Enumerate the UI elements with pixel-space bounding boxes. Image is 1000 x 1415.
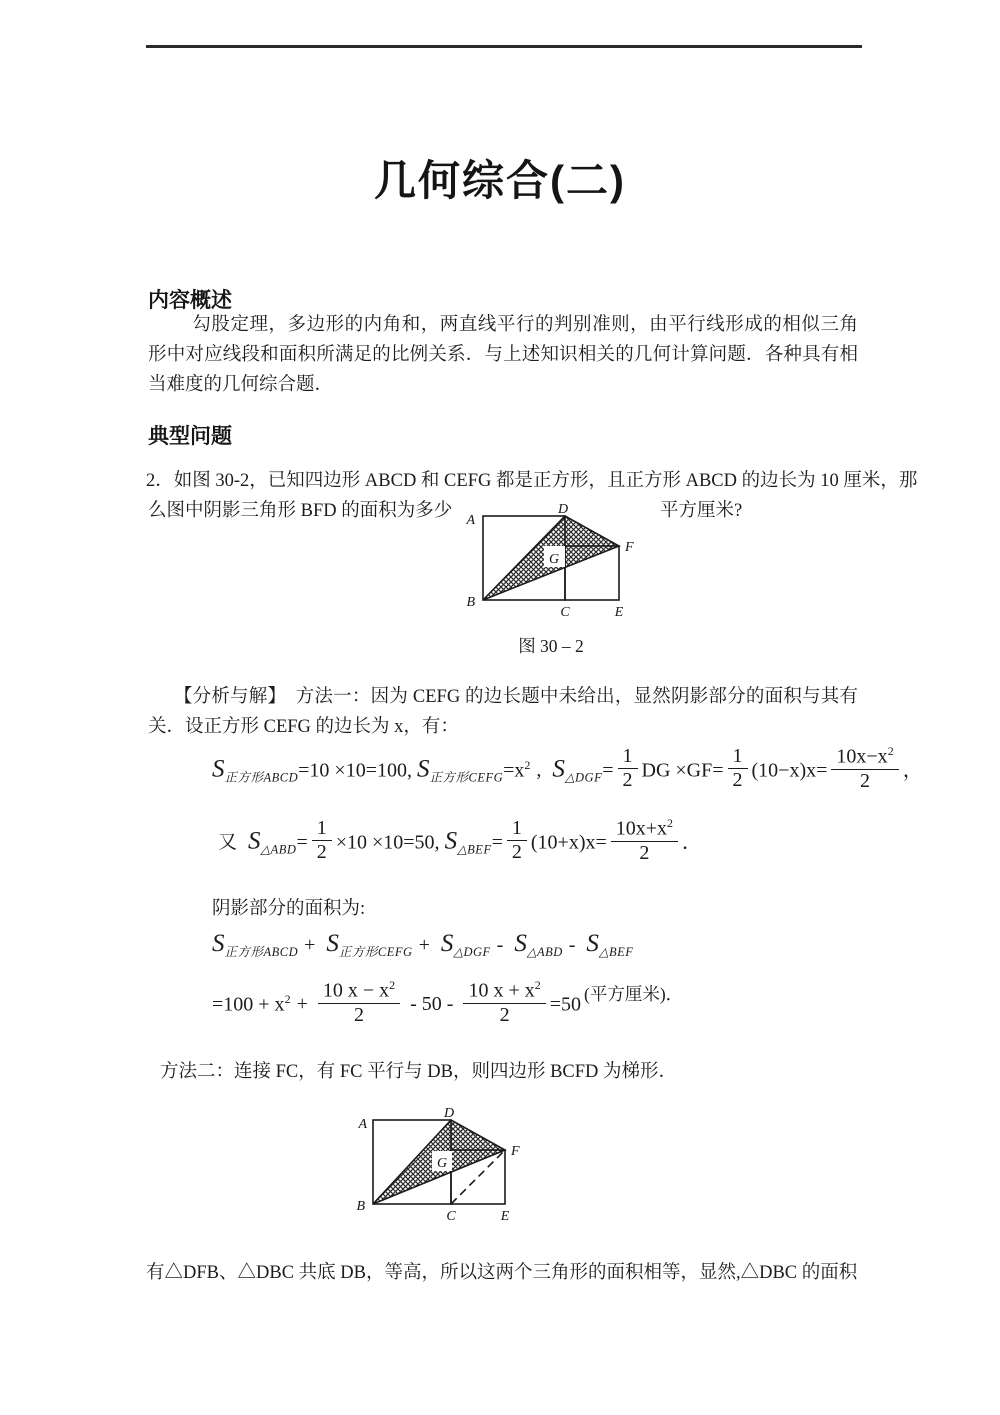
top-rule [146,45,862,48]
fraction-10x-minus-x2: 10x−x22 [831,745,898,793]
math-term: = [602,759,613,781]
math-subscript: △ABD [527,945,563,959]
math-term: ， [903,759,923,781]
method2-text: 方法二：连接 FC，有 FC 平行与 DB，则四边形 BCFD 为梯形． [160,1057,677,1087]
typical-problems-heading: 典型问题 [148,420,232,450]
math-subscript: △BEF [599,945,634,959]
page-title: 几何综合(二) [0,148,1000,208]
overview-paragraph: 勾股定理，多边形的内角和，两直线平行的判别准则，由平行线形成的相似三角形中对应线… [148,310,858,400]
fraction-10x-plus-x2: 10x+x22 [611,817,678,865]
math-term: , [536,759,541,781]
math-operator: - [569,934,576,956]
math-term: =100 + x [212,993,285,1015]
formula-line-2: 又 S△ABD=12×10 ×10=50, S△BEF=12(10+x)x=10… [212,820,702,868]
math-term: (10−x)x= [752,759,828,781]
fig1-label-c: C [560,605,570,620]
math-subscript: △DGF [453,945,490,959]
fig1-label-e: E [614,605,624,620]
math-operator: + [304,934,315,956]
math-term: DG ×GF= [642,759,724,781]
fig2-label-f: F [510,1144,520,1159]
math-term: = [296,831,307,853]
s-symbol: S [248,827,261,854]
math-term: (10+x)x= [531,831,607,853]
formula-line-4: =100 + x2+10 x − x22- 50 -10 x + x22=50(… [212,982,683,1030]
math-superscript: 2 [524,758,530,772]
fig2-label-e: E [500,1209,510,1224]
s-symbol: S [552,755,565,782]
fraction-10x-minus-x2: 10 x − x22 [318,979,400,1027]
math-subscript: 正方形ABCD [225,770,299,784]
s-symbol: S [212,755,225,782]
fig1-label-b: B [466,595,475,610]
fig1-label-a: A [465,513,475,528]
figure-30-2-diagram: A D F B C E G [451,502,651,622]
math-term: =10 ×10=100, [298,759,412,781]
s-symbol: S [441,930,454,957]
formula-line-3: S正方形ABCD+ S正方形CEFG+ S△DGF- S△ABD- S△BEF [212,930,633,960]
unit-annotation: (平方厘米)． [584,984,683,1004]
bottom-text: 有△DFB、△DBC 共底 DB，等高，所以这两个三角形的面积相等，显然,△DB… [146,1258,857,1288]
math-subscript: △BEF [457,842,492,856]
fraction-one-half: 12 [728,745,748,792]
math-term: 又 [218,832,237,853]
fig1-label-d: D [557,502,568,517]
fig1-label-g: G [549,552,559,567]
figure-30-2: A D F B C E G 图 30 – 2 [451,502,651,658]
s-symbol: S [586,930,599,957]
math-operator: + [419,934,430,956]
fig2-label-g: G [437,1156,447,1171]
problem-figure-row: 么图中阴影三角形 BFD 的面积为多少 平方厘米? A D F B C E [148,496,858,661]
figure-30-2-caption: 图 30 – 2 [451,633,651,658]
figure-method2-diagram: A D F B C E G [353,1104,553,1226]
fig2-label-a: A [357,1117,367,1132]
math-subscript: △ABD [261,842,297,856]
formula-line-1: S正方形ABCD=10 ×10=100, S正方形CEFG=x2, S△DGF=… [212,748,923,796]
problem-unit-text: 平方厘米? [660,496,742,526]
math-subscript: 正方形CEFG [429,770,503,784]
fig2-label-b: B [356,1199,365,1214]
math-superscript: 2 [285,992,291,1006]
math-operator: - [497,934,504,956]
document-page: 几何综合(二) 内容概述 勾股定理，多边形的内角和，两直线平行的判别准则，由平行… [0,0,1000,1415]
shadow-area-label: 阴影部分的面积为: [212,894,365,924]
math-term: =x [503,759,524,781]
math-term: = [492,831,503,853]
s-symbol: S [445,827,458,854]
problem-text-line1: 2．如图 30-2，已知四边形 ABCD 和 CEFG 都是正方形，且正方形 A… [146,466,917,496]
fraction-one-half: 12 [507,817,527,864]
s-symbol: S [514,930,527,957]
fig1-label-f: F [624,540,634,555]
math-term: =50 [550,993,581,1015]
math-subscript: 正方形CEFG [339,945,413,959]
math-term: ． [682,831,702,853]
fraction-10x-plus-x2: 10 x + x22 [463,979,545,1027]
s-symbol: S [212,930,225,957]
figure-method2: A D F B C E G [353,1104,553,1231]
analysis-paragraph: 【分析与解】 方法一：因为 CEFG 的边长题中未给出，显然阴影部分的面积与其有… [148,682,858,742]
math-subscript: △DGF [565,770,602,784]
fig2-label-d: D [443,1106,454,1121]
fraction-one-half: 12 [618,745,638,792]
math-operator: + [297,993,308,1015]
math-term: ×10 ×10=50, [336,831,440,853]
fig2-label-c: C [446,1209,456,1224]
s-symbol: S [417,755,430,782]
s-symbol: S [326,930,339,957]
math-subscript: 正方形ABCD [225,945,299,959]
math-term: - 50 - [410,993,453,1015]
problem-text-line2: 么图中阴影三角形 BFD 的面积为多少 [148,496,452,526]
fraction-one-half: 12 [312,817,332,864]
